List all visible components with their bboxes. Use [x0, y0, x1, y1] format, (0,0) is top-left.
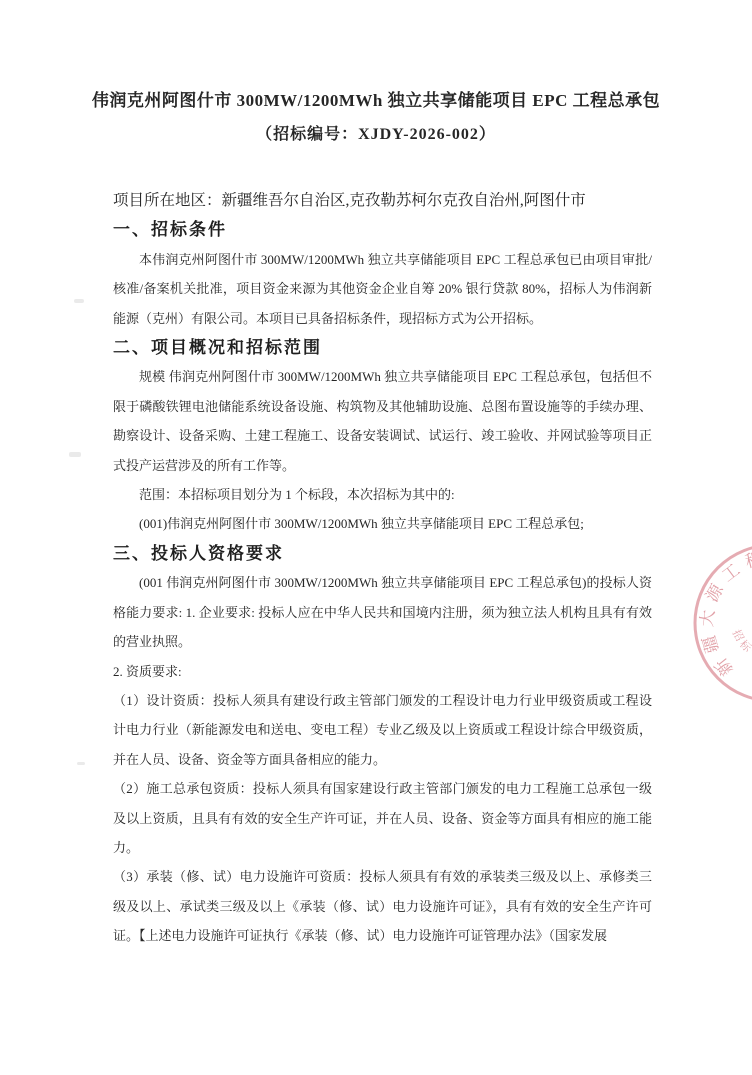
- document-body: 项目所在地区：新疆维吾尔自治区,克孜勒苏柯尔克孜自治州,阿图什市 一、招标条件 …: [113, 186, 652, 951]
- paragraph-construction-qualification: （2）施工总承包资质：投标人须具有国家建设行政主管部门颁发的电力工程施工总承包一…: [113, 774, 652, 862]
- scan-smudge: [74, 299, 84, 303]
- section-heading-bidder-qualifications: 三、投标人资格要求: [113, 539, 652, 568]
- paragraph-project-scale: 规模 伟润克州阿图什市 300MW/1200MWh 独立共享储能项目 EPC 工…: [113, 362, 652, 480]
- section-heading-project-overview: 二、项目概况和招标范围: [113, 333, 652, 362]
- project-location-line: 项目所在地区：新疆维吾尔自治区,克孜勒苏柯尔克孜自治州,阿图什市: [113, 186, 652, 215]
- svg-text:招标专用章: 招标专用章: [730, 627, 752, 665]
- svg-text:新疆大源工程管理有限公司: 新疆大源工程管理有限公司: [697, 547, 752, 679]
- scan-smudge: [77, 762, 85, 765]
- tender-number-line: （招标编号：XJDY-2026-002）: [0, 118, 752, 152]
- document-title: 伟润克州阿图什市 300MW/1200MWh 独立共享储能项目 EPC 工程总承…: [0, 0, 752, 118]
- seal-ring: [695, 545, 752, 701]
- company-seal: 新疆大源工程管理有限公司 招标专用章: [650, 528, 752, 718]
- seal-ring-text: 新疆大源工程管理有限公司: [697, 547, 752, 679]
- paragraph-bid-scope: 范围：本招标项目划分为 1 个标段，本次招标为其中的:: [113, 480, 652, 509]
- paragraph-electric-facility-license: （3）承装（修、试）电力设施许可资质：投标人须具有有效的承装类三级及以上、承修类…: [113, 862, 652, 950]
- paragraph-tender-conditions: 本伟润克州阿图什市 300MW/1200MWh 独立共享储能项目 EPC 工程总…: [113, 245, 652, 333]
- paragraph-bidder-capability: (001 伟润克州阿图什市 300MW/1200MWh 独立共享储能项目 EPC…: [113, 568, 652, 656]
- seal-inner-text: 招标专用章: [730, 627, 752, 665]
- scan-smudge: [69, 452, 81, 457]
- document-page: 伟润克州阿图什市 300MW/1200MWh 独立共享储能项目 EPC 工程总承…: [0, 0, 752, 1075]
- paragraph-bid-section-001: (001)伟润克州阿图什市 300MW/1200MWh 独立共享储能项目 EPC…: [113, 509, 652, 538]
- section-heading-tender-conditions: 一、招标条件: [113, 215, 652, 244]
- paragraph-design-qualification: （1）设计资质：投标人须具有建设行政主管部门颁发的工程设计电力行业甲级资质或工程…: [113, 686, 652, 774]
- paragraph-qualification-requirements-label: 2. 资质要求:: [113, 657, 652, 686]
